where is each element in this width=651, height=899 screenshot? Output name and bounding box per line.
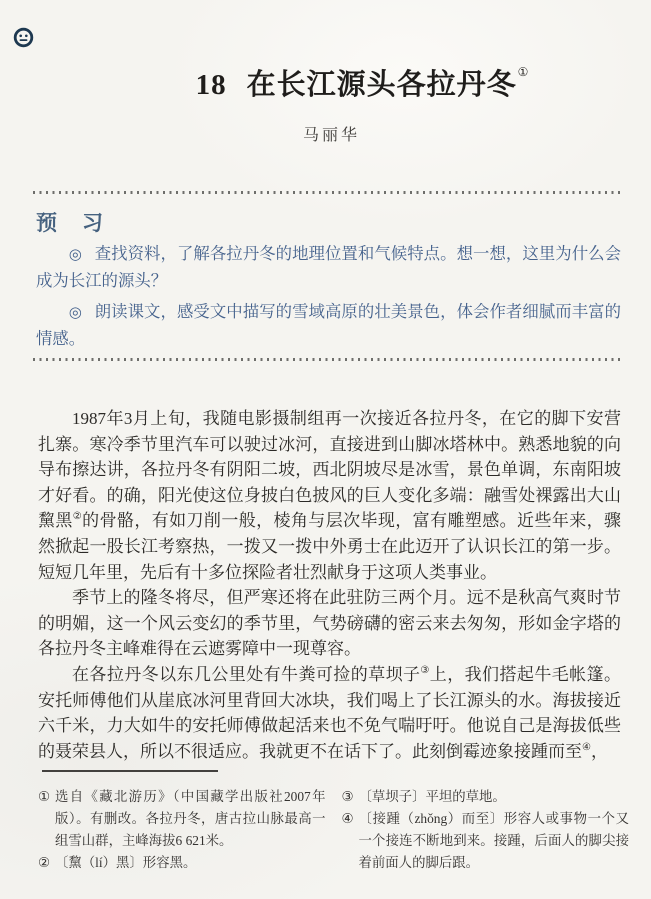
lesson-body: 1987年3月上旬，我随电影摄制组再一次接近各拉丹冬，在它的脚下安营扎寨。寒冷季… (38, 406, 621, 764)
preview-item: ◎查找资料，了解各拉丹冬的地理位置和气候特点。想一想，这里为什么会成为长江的源头… (36, 241, 621, 294)
textbook-page: 18在长江源头各拉丹冬① 马丽华 预 习 ◎查找资料，了解各拉丹冬的地理位置和气… (0, 0, 651, 899)
footnote-column-right: ③ 〔草坝子〕平坦的草地。 ④ 〔接踵（zhǒng）而至〕形容人或事物一个又一个… (342, 786, 630, 874)
paragraph: 1987年3月上旬，我随电影摄制组再一次接近各拉丹冬，在它的脚下安营扎寨。寒冷季… (38, 406, 621, 585)
footnote-text: 〔接踵（zhǒng）而至〕形容人或事物一个又一个接连不断地到来。接踵，后面人的脚… (359, 808, 629, 874)
paragraph-text: 季节上的隆冬将尽，但严寒还将在此驻防三两个月。远不是秋高气爽时节的明媚，这一个风… (38, 588, 621, 658)
footnote: ① 选自《藏北游历》（中国藏学出版社2007年版）。有删改。各拉丹冬，唐古拉山脉… (38, 786, 326, 852)
preview-item-text: 查找资料，了解各拉丹冬的地理位置和气候特点。想一想，这里为什么会成为长江的源头？ (36, 244, 621, 290)
footnotes: ① 选自《藏北游历》（中国藏学出版社2007年版）。有删改。各拉丹冬，唐古拉山脉… (38, 786, 629, 874)
footnote-divider (42, 770, 218, 772)
smiley-face-icon[interactable] (13, 27, 34, 48)
footnote-ref: ② (73, 511, 82, 522)
footnote-text: 选自《藏北游历》（中国藏学出版社2007年版）。有删改。各拉丹冬，唐古拉山脉最高… (55, 786, 325, 852)
dotted-divider-bottom (33, 358, 622, 361)
lesson-title: 18在长江源头各拉丹冬① (0, 62, 651, 103)
ring-bullet-icon: ◎ (69, 305, 82, 321)
footnote-column-left: ① 选自《藏北游历》（中国藏学出版社2007年版）。有删改。各拉丹冬，唐古拉山脉… (38, 786, 326, 874)
paragraph: 在各拉丹冬以东几公里处有牛粪可捡的草坝子③上，我们搭起牛毛帐篷。安托师傅他们从崖… (38, 662, 621, 764)
preview-item: ◎朗读课文，感受文中描写的雪域高原的壮美景色，体会作者细腻而丰富的情感。 (36, 299, 621, 352)
preview-heading: 预 习 (36, 207, 105, 237)
footnote-ref: ④ (582, 742, 591, 753)
paragraph-text: ， (591, 742, 608, 761)
footnote-marker: ④ (342, 808, 354, 874)
footnote-text: 〔黧（lí）黑〕形容黑。 (55, 852, 325, 874)
footnote-ref: ③ (420, 665, 429, 676)
preview-item-text: 朗读课文，感受文中描写的雪域高原的壮美景色，体会作者细腻而丰富的情感。 (36, 302, 621, 348)
paragraph-text: 在各拉丹冬以东几公里处有牛粪可捡的草坝子 (72, 665, 420, 684)
paragraph-text: 的骨骼，有如刀削一般，棱角与层次毕现，富有雕塑感。近些年来，骤然掀起一股长江考察… (38, 511, 621, 581)
ring-bullet-icon: ◎ (69, 247, 82, 263)
paragraph: 季节上的隆冬将尽，但严寒还将在此驻防三两个月。远不是秋高气爽时节的明媚，这一个风… (38, 585, 621, 662)
lesson-title-text: 在长江源头各拉丹冬 (247, 69, 517, 101)
footnote-marker: ① (38, 786, 50, 852)
title-footnote-ref: ① (518, 65, 530, 79)
footnote: ② 〔黧（lí）黑〕形容黑。 (38, 852, 326, 874)
footnote: ④ 〔接踵（zhǒng）而至〕形容人或事物一个又一个接连不断地到来。接踵，后面人… (342, 808, 630, 874)
lesson-number: 18 (196, 69, 227, 101)
author-name: 马丽华 (0, 122, 651, 145)
dotted-divider-top (33, 191, 622, 194)
footnote: ③ 〔草坝子〕平坦的草地。 (342, 786, 630, 808)
footnote-marker: ② (38, 852, 50, 874)
preview-section: ◎查找资料，了解各拉丹冬的地理位置和气候特点。想一想，这里为什么会成为长江的源头… (36, 241, 621, 357)
footnote-text: 〔草坝子〕平坦的草地。 (359, 786, 629, 808)
footnote-marker: ③ (342, 786, 354, 808)
